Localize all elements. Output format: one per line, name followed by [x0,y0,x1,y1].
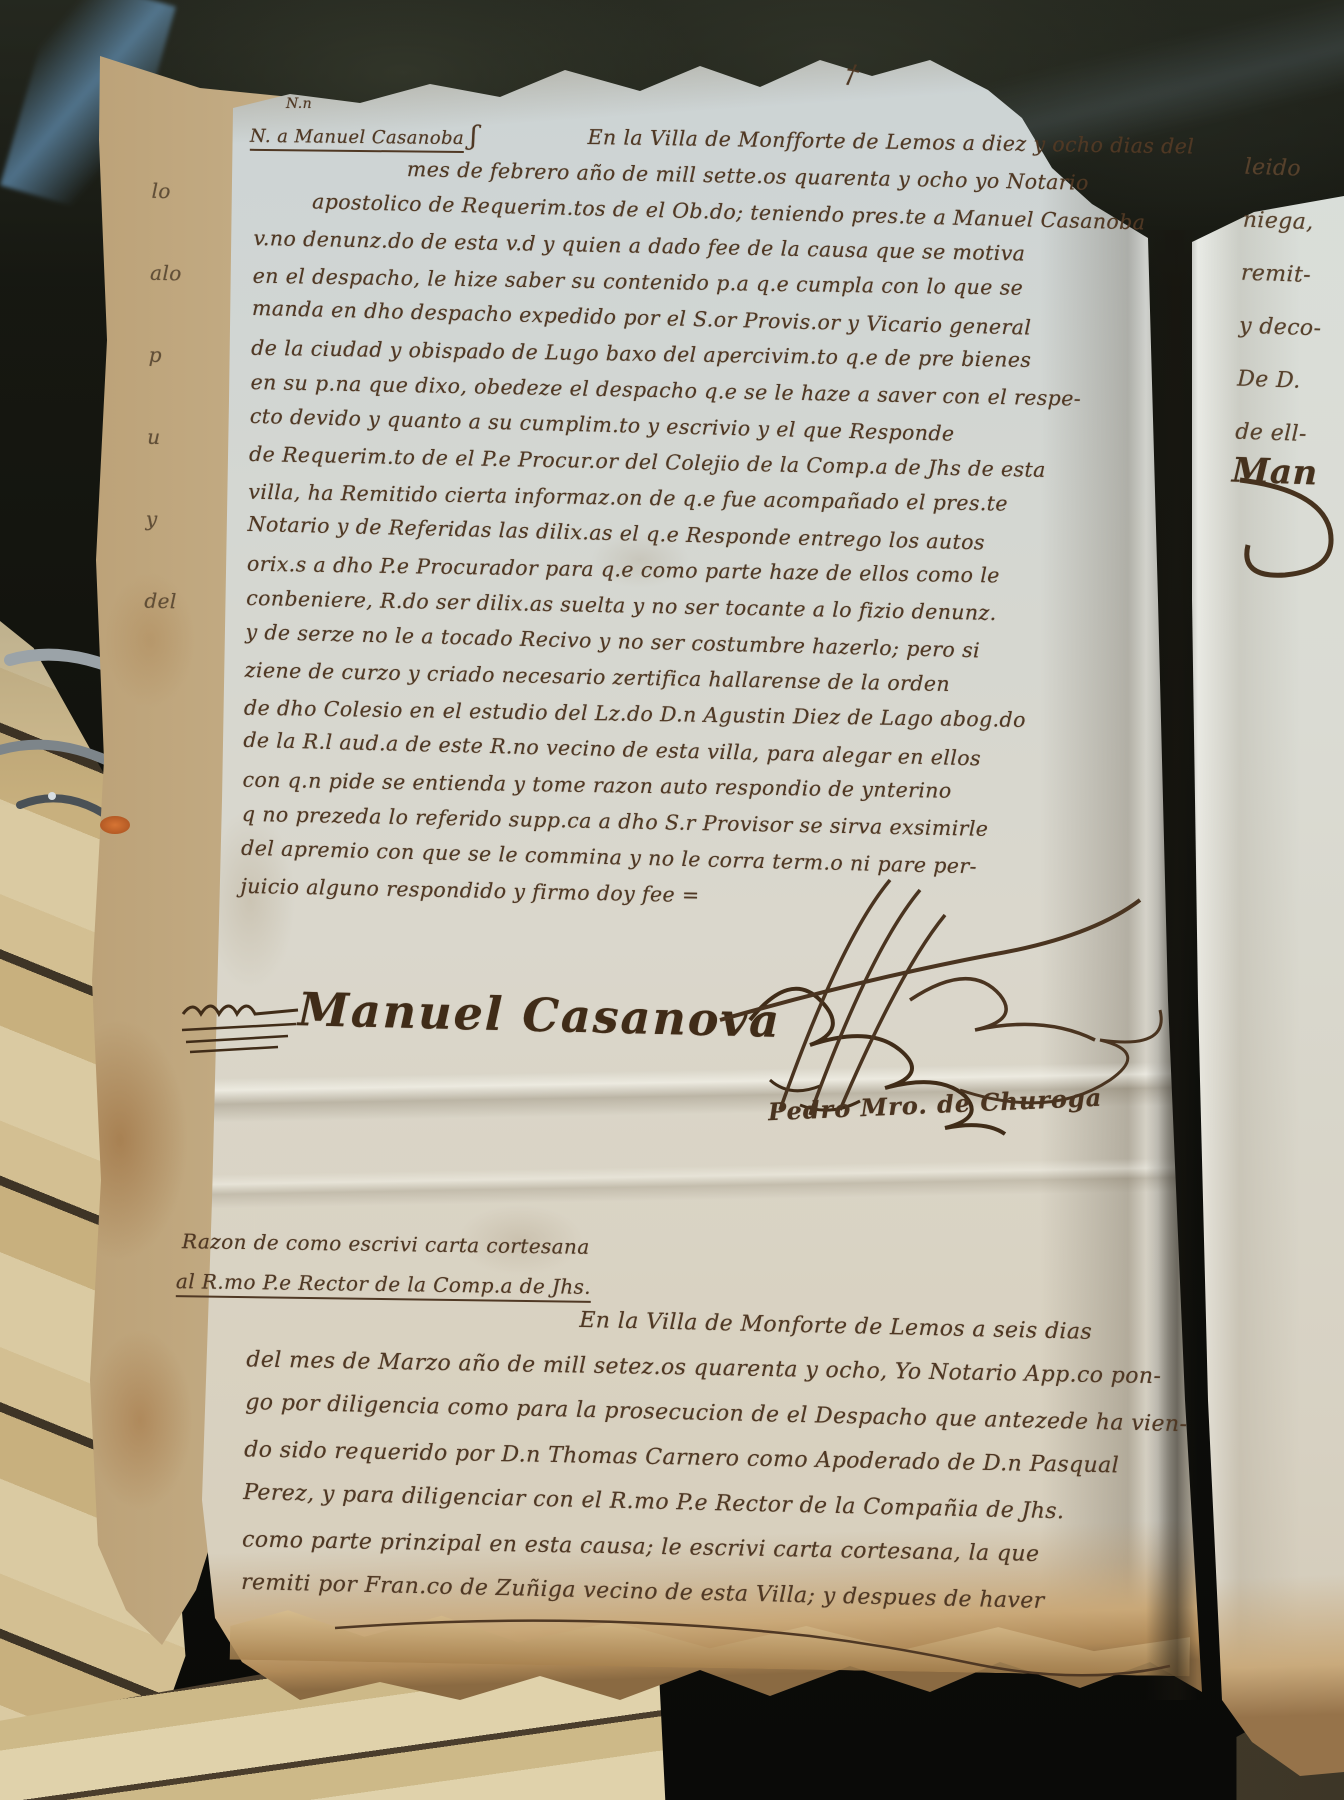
manuscript-photo: lo alo p u y del † N.n N. a Manuel Casan… [0,0,1344,1800]
fragment: u [147,396,181,479]
fragment: p [148,314,182,397]
page2-fragments: leido niega, remit- y deco- De D. de ell… [1234,141,1327,462]
fragment: De D. [1236,353,1320,409]
closing-rule [330,1608,1180,1678]
fragment: y deco- [1238,300,1322,356]
fragment: leido [1244,141,1328,197]
fragment: alo [149,232,183,315]
paragraph-2: En la Villa de Monforte de Lemos a seis … [241,1290,1168,1627]
fragment: remit- [1240,247,1324,303]
signature1-flourish-left [178,992,308,1062]
margin-note: N.n [286,96,312,112]
wax-stain [100,816,130,834]
paragraph-1: En la Villa de Monfforte de Lemos a diez… [240,112,1056,920]
fragment: del [144,560,178,643]
page2-signature-loop [1230,470,1344,590]
signature2-flourish [660,860,1160,1120]
fragment: lo [151,150,185,233]
fragment: y [145,478,179,561]
fragment: niega, [1242,194,1326,250]
